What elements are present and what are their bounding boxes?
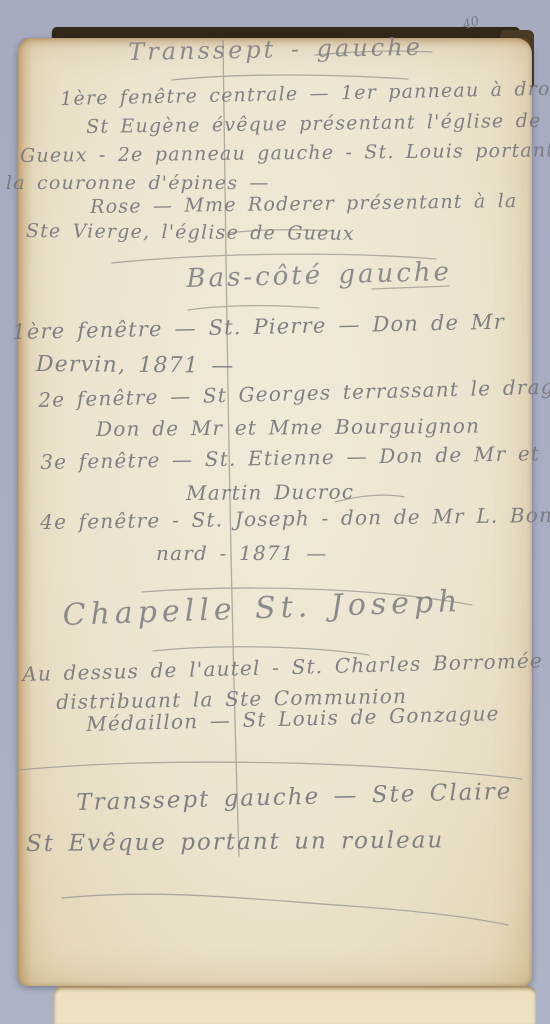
- photo-backdrop: 40 Transsept - gauche 1ère fenêtre centr…: [0, 0, 550, 1024]
- handwriting-line: Dervin, 1871 —: [36, 352, 235, 379]
- handwriting-line: Martin Ducroc: [186, 480, 354, 505]
- handwriting-line: St Evêque portant un rouleau: [26, 827, 444, 857]
- handwriting-line: nard - 1871 —: [156, 541, 328, 565]
- handwriting-line: la couronne d'épines —: [6, 172, 270, 194]
- handwriting-line: Ste Vierge, l'église de Gueux: [26, 220, 355, 245]
- section-heading: Transsept - gauche: [128, 33, 423, 66]
- handwriting-line: Don de Mr et Mme Bourguignon: [96, 414, 480, 441]
- next-page-edge: [54, 986, 536, 1024]
